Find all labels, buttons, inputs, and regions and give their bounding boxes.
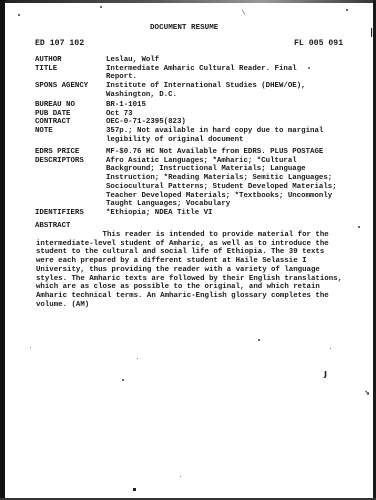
- scan-speck: [346, 9, 348, 11]
- scan-speck: [133, 488, 136, 491]
- field-label-contract: CONTRACT: [35, 118, 70, 127]
- field-label-author: AUTHOR: [35, 56, 62, 65]
- field-value-note: 357p.; Not available in hard copy due to…: [106, 127, 323, 144]
- field-label-note: NOTE: [35, 127, 53, 136]
- field-value-pub-date: Oct 73: [106, 110, 133, 119]
- field-label-descriptors: DESCRIPTORS: [35, 157, 84, 166]
- scan-speck: [18, 14, 20, 16]
- field-label-pub-date: PUB DATE: [35, 110, 70, 119]
- scan-speck: [180, 476, 181, 477]
- field-label-title: TITLE: [35, 65, 57, 74]
- scan-speck: [330, 348, 331, 349]
- scan-speck: [122, 379, 124, 381]
- scan-speck: [100, 6, 102, 8]
- field-value-title: Intermediate Amharic Cultural Reader. Fi…: [106, 65, 297, 82]
- document-page: DOCUMENT RESUME ED 107 102 FL 005 091 AU…: [0, 0, 376, 500]
- scan-speck: [30, 347, 31, 348]
- scan-speck: [242, 9, 246, 15]
- clearinghouse-number: FL 005 091: [294, 40, 343, 49]
- field-value-spons-agency: Institute of International Studies (DHEW…: [106, 82, 306, 99]
- scan-speck: [258, 339, 260, 341]
- scan-speck: [137, 358, 138, 359]
- abstract-body: This reader is intended to provide mater…: [36, 231, 366, 309]
- scan-speck: [358, 226, 360, 228]
- field-value-bureau-no: BR-1-1015: [106, 101, 146, 110]
- field-value-edrs-price: MF-$0.76 HC Not Available from EDRS. PLU…: [106, 148, 323, 157]
- field-value-author: Leslau, Wolf: [106, 56, 159, 65]
- document-title: DOCUMENT RESUME: [150, 24, 218, 33]
- field-value-descriptors: Afro Asiatic Languages; *Amharic; *Cultu…: [106, 157, 337, 209]
- scan-mark: |: [370, 28, 373, 38]
- field-label-edrs-price: EDRS PRICE: [35, 148, 79, 157]
- field-label-identifiers: IDENTIFIERS: [35, 209, 84, 218]
- scan-mark: ȷ: [324, 369, 327, 379]
- field-value-contract: OEC-0-71-2395(823): [106, 118, 186, 127]
- abstract-label: ABSTRACT: [35, 222, 70, 231]
- field-value-identifiers: *Ethiopia; NDEA Title VI: [106, 209, 212, 218]
- scan-speck: [308, 67, 310, 69]
- scan-border-top: [0, 0, 376, 3]
- field-label-spons-agency: SPONS AGENCY: [35, 82, 88, 91]
- scan-mark: ↘: [364, 389, 370, 397]
- ed-number: ED 107 102: [35, 40, 84, 49]
- scan-border-left: [0, 0, 5, 500]
- field-label-bureau-no: BUREAU NO: [35, 101, 75, 110]
